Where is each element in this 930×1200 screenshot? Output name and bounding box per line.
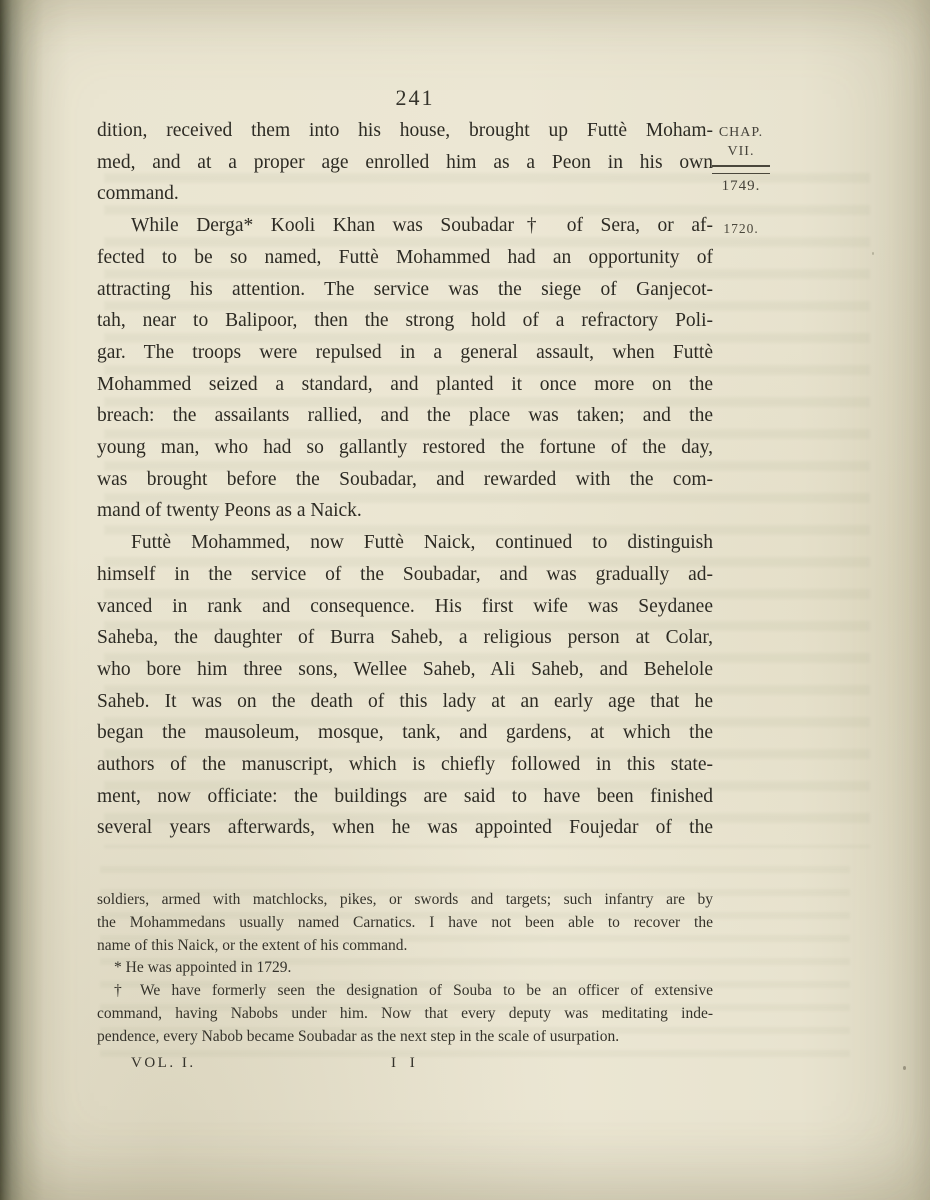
body-text-line: was brought before the Soubadar, and rew…: [97, 464, 713, 496]
body-text-line: ment, now officiate: the buildings are s…: [97, 781, 713, 813]
body-text-line: breach: the assailants rallied, and the …: [97, 400, 713, 432]
footnotes: soldiers, armed with matchlocks, pikes, …: [97, 889, 713, 1049]
body-text-line: Futtè Mohammed, now Futtè Naick, continu…: [97, 527, 713, 559]
body-text-line: Saheb. It was on the death of this lady …: [97, 686, 713, 718]
footnote-line: name of this Naick, or the extent of his…: [97, 935, 713, 958]
footnote-line: * He was appointed in 1729.: [97, 957, 713, 980]
body-text-line: While Derga* Kooli Khan was Soubadar† of…: [97, 210, 713, 242]
body-text-line: fected to be so named, Futtè Mohammed ha…: [97, 242, 713, 274]
chapter-rule: [712, 165, 770, 174]
body-text-line: Mohammed seized a standard, and planted …: [97, 369, 713, 401]
body-text-line: command.: [97, 178, 713, 210]
footnote-line: command, having Nabobs under him. Now th…: [97, 1003, 713, 1026]
body-text-line: attracting his attention. The service wa…: [97, 274, 713, 306]
body-text-line: began the mausoleum, mosque, tank, and g…: [97, 717, 713, 749]
body-text-line: Saheba, the daughter of Burra Saheb, a r…: [97, 622, 713, 654]
footer-signature-mark: I I: [391, 1055, 420, 1072]
body-text-line: authors of the manuscript, which is chie…: [97, 749, 713, 781]
body-text-line: vanced in rank and consequence. His firs…: [97, 591, 713, 623]
scan-speck: [903, 1066, 906, 1070]
body-text-line: mand of twenty Peons as a Naick.: [97, 495, 713, 527]
body-text-line: gar. The troops were repulsed in a gener…: [97, 337, 713, 369]
margin-notes: CHAP. VII. 1749.: [708, 123, 774, 196]
margin-year-1749: 1749.: [708, 177, 774, 196]
footnote-line: † We have formerly seen the designation …: [97, 980, 713, 1003]
footnote-line: pendence, every Nabob became Soubadar as…: [97, 1026, 713, 1049]
footer-volume-label: VOL. I.: [131, 1055, 196, 1072]
page-number: 241: [355, 85, 475, 111]
body-text: dition, received them into his house, br…: [97, 115, 713, 844]
margin-year-1720: 1720.: [708, 220, 774, 238]
body-text-line: young man, who had so gallantly restored…: [97, 432, 713, 464]
footnote-line: soldiers, armed with matchlocks, pikes, …: [97, 889, 713, 912]
body-text-line: who bore him three sons, Wellee Saheb, A…: [97, 654, 713, 686]
chapter-label: CHAP.: [708, 123, 774, 142]
body-text-line: med, and at a proper age enrolled him as…: [97, 147, 713, 179]
body-text-line: tah, near to Balipoor, then the strong h…: [97, 305, 713, 337]
body-text-line: dition, received them into his house, br…: [97, 115, 713, 147]
footnote-line: the Mohammedans usually named Carnatics.…: [97, 912, 713, 935]
body-text-line: himself in the service of the Soubadar, …: [97, 559, 713, 591]
scan-speck: [872, 252, 874, 255]
book-page-scan: 241 dition, received them into his house…: [0, 0, 930, 1200]
chapter-numeral: VII.: [708, 142, 774, 161]
body-text-line: several years afterwards, when he was ap…: [97, 812, 713, 844]
